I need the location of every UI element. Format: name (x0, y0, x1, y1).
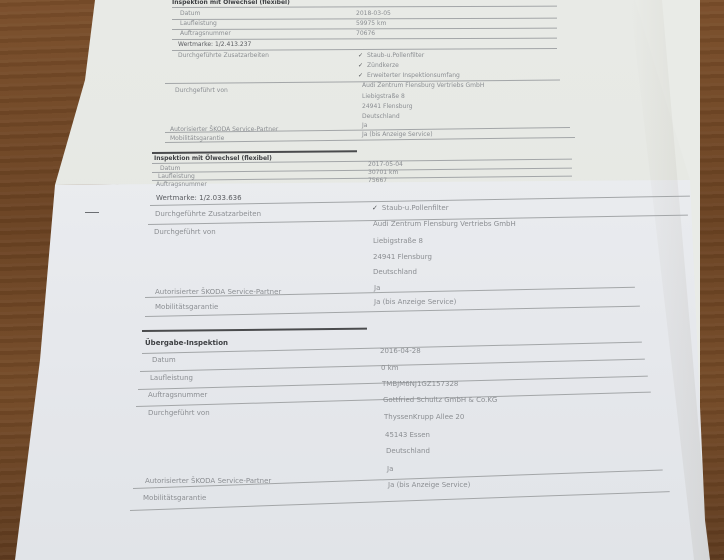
mobility-value: Ja (bis Anzeige Service) (362, 131, 433, 138)
date-label: Datum (152, 356, 176, 364)
date-value: 2018-03-05 (356, 10, 391, 17)
performed-by-label: Durchgeführt von (154, 228, 216, 236)
mobility-value: Ja (bis Anzeige Service) (388, 481, 470, 489)
partner-value: Ja (362, 122, 367, 129)
workshop-street: Liebigstraße 8 (373, 237, 423, 245)
section-title: Übergabe-Inspektion (145, 339, 228, 347)
mobility-value: Ja (bis Anzeige Service) (374, 298, 456, 306)
extras-label: Durchgeführte Zusatzarbeiten (178, 52, 269, 59)
order-number-label: Auftragsnummer (180, 30, 231, 37)
checkmark-icon: ✓ (358, 62, 363, 69)
partner-value: Ja (374, 284, 380, 292)
wertmarke: Wertmarke: 1/2.413.237 (178, 41, 251, 48)
extra-item: ✓Zündkerze (358, 62, 399, 69)
date-label: Datum (180, 10, 200, 17)
workshop-name: Audi Zentrum Flensburg Vertriebs GmbH (373, 220, 516, 228)
partner-value: Ja (387, 465, 393, 473)
mobility-label: Mobilitätsgarantie (143, 494, 206, 502)
performed-by-label: Durchgeführt von (148, 409, 210, 417)
workshop-country: Deutschland (373, 268, 417, 276)
workshop-city: 24941 Flensburg (373, 253, 432, 261)
workshop-country: Deutschland (362, 113, 400, 120)
mobility-label: Mobilitätsgarantie (155, 303, 218, 311)
checkmark-icon: ✓ (358, 72, 363, 79)
order-number-value: TMBJM6NJ1GZ157328 (382, 380, 458, 388)
extras-label: Durchgeführte Zusatzarbeiten (155, 210, 261, 218)
mileage-label: Laufleistung (180, 20, 217, 27)
order-number-value: 70676 (356, 30, 375, 37)
section-title: Inspektion mit Ölwechsel (flexibel) (172, 0, 290, 6)
workshop-city: 45143 Essen (385, 431, 430, 439)
extra-item: ✓Erweiterter Inspektionsumfang (358, 72, 460, 79)
performed-by-label: Durchgeführt von (175, 87, 228, 94)
workshop-street: ThyssenKrupp Allee 20 (384, 413, 464, 421)
workshop-name: Audi Zentrum Flensburg Vertriebs GmbH (362, 82, 484, 89)
mileage-value: 0 km (381, 364, 399, 372)
wertmarke: Wertmarke: 1/2.033.636 (156, 194, 242, 202)
checkmark-icon: ✓ (372, 204, 378, 212)
checkmark-icon: ✓ (358, 52, 363, 59)
date-value: 2017-05-04 (368, 161, 403, 168)
workshop-name: Gottfried Schultz GmbH & Co.KG (383, 396, 497, 404)
order-number-value: 75667 (368, 177, 387, 184)
workshop-street: Liebigstraße 8 (362, 93, 405, 100)
mileage-value: 30701 km (368, 169, 398, 176)
extra-item: ✓Staub-u.Pollenfilter (372, 204, 449, 212)
margin-mark (85, 212, 99, 213)
workshop-country: Deutschland (386, 447, 430, 455)
order-number-label: Auftragsnummer (148, 391, 207, 399)
workshop-city: 24941 Flensburg (362, 103, 413, 110)
date-value: 2016-04-28 (380, 347, 421, 355)
mileage-value: 59975 km (356, 20, 386, 27)
mileage-label: Laufleistung (150, 374, 193, 382)
order-number-label: Auftragsnummer (156, 181, 207, 188)
extra-item: ✓Staub-u.Pollenfilter (358, 52, 424, 59)
